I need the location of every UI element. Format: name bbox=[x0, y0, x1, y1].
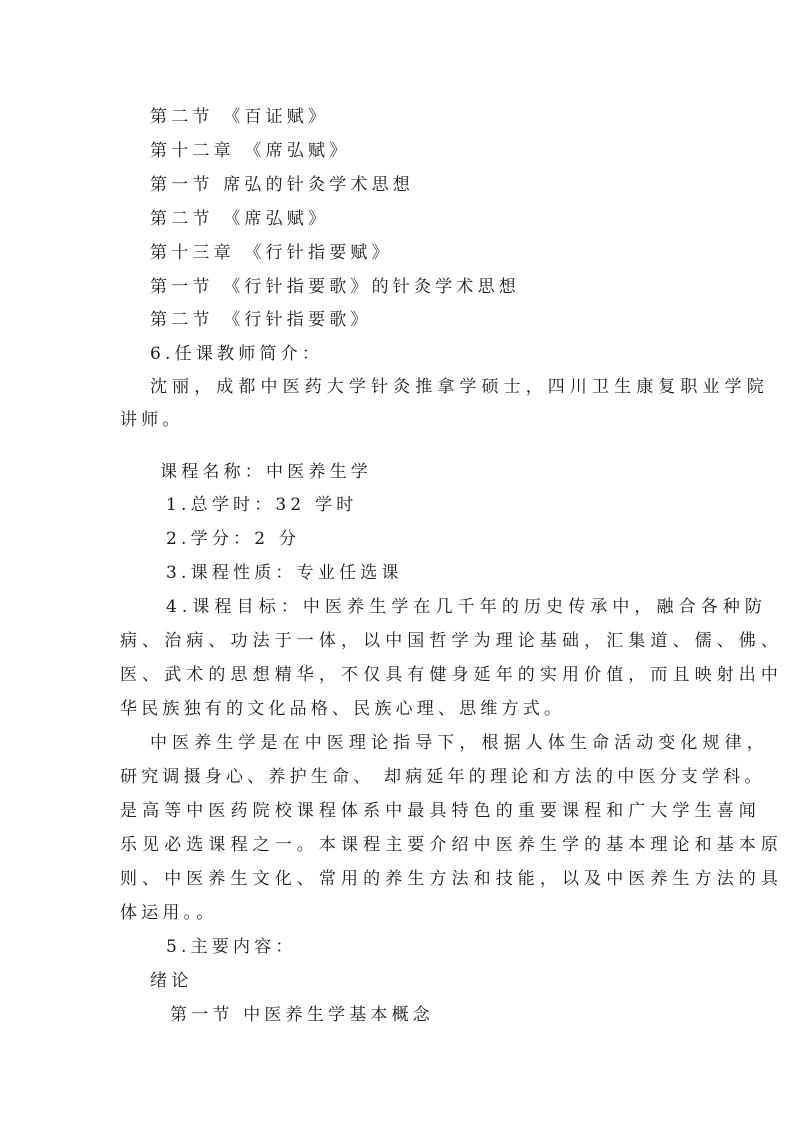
description-line: 体运用。。 bbox=[120, 902, 218, 924]
description-line: 乐见必选课程之一。本课程主要介绍中医养生学的基本理论和基本原 bbox=[120, 834, 783, 856]
description-line: 研究调摄身心、养护生命、 却病延年的理论和方法的中医分支学科。 bbox=[120, 766, 766, 788]
toc-item: 第二节 《行针指要歌》 bbox=[150, 309, 372, 331]
course-nature: 3.课程性质：专业任选课 bbox=[166, 562, 403, 584]
teacher-intro-line: 沈丽，成都中医药大学针灸推拿学硕士，四川卫生康复职业学院 bbox=[150, 376, 769, 398]
chapter-title: 绪论 bbox=[150, 970, 192, 992]
description-line: 是高等中医药院校课程体系中最具特色的重要课程和广大学生喜闻 bbox=[120, 800, 761, 822]
description-line: 中医养生学是在中医理论指导下，根据人体生命活动变化规律， bbox=[150, 732, 769, 754]
course-credits: 2.学分：2 分 bbox=[166, 528, 300, 550]
section-title: 第一节 中医养生学基本概念 bbox=[170, 1004, 434, 1026]
toc-item: 第十三章 《行针指要赋》 bbox=[150, 242, 393, 264]
teacher-heading: 6.任课教师简介： bbox=[150, 343, 323, 365]
content-heading: 5.主要内容： bbox=[166, 936, 297, 958]
toc-item: 第十二章 《席弘赋》 bbox=[150, 140, 350, 162]
toc-item: 第二节 《百证赋》 bbox=[150, 106, 329, 128]
objective-line: 华民族独有的文化品格、民族心理、思维方式。 bbox=[120, 698, 565, 720]
document-page: 第二节 《百证赋》 第十二章 《席弘赋》 第一节 席弘的针灸学术思想 第二节 《… bbox=[0, 0, 793, 1122]
teacher-intro-line: 讲师。 bbox=[120, 409, 184, 431]
course-name: 课程名称：中医养生学 bbox=[160, 461, 372, 483]
objective-line: 4.课程目标：中医养生学在几千年的历史传承中，融合各种防 bbox=[166, 596, 767, 618]
toc-item: 第一节 《行针指要歌》的针灸学术思想 bbox=[150, 276, 520, 298]
objective-line: 病、治病、功法于一体，以中国哲学为理论基础，汇集道、儒、佛、 bbox=[120, 630, 783, 652]
toc-item: 第一节 席弘的针灸学术思想 bbox=[150, 174, 414, 196]
description-line: 则、中医养生文化、常用的养生方法和技能，以及中医养生方法的具 bbox=[120, 868, 783, 890]
toc-item: 第二节 《席弘赋》 bbox=[150, 208, 329, 230]
objective-line: 医、武术的思想精华，不仅具有健身延年的实用价值，而且映射出中 bbox=[120, 664, 783, 686]
course-hours: 1.总学时：32 学时 bbox=[166, 494, 357, 516]
